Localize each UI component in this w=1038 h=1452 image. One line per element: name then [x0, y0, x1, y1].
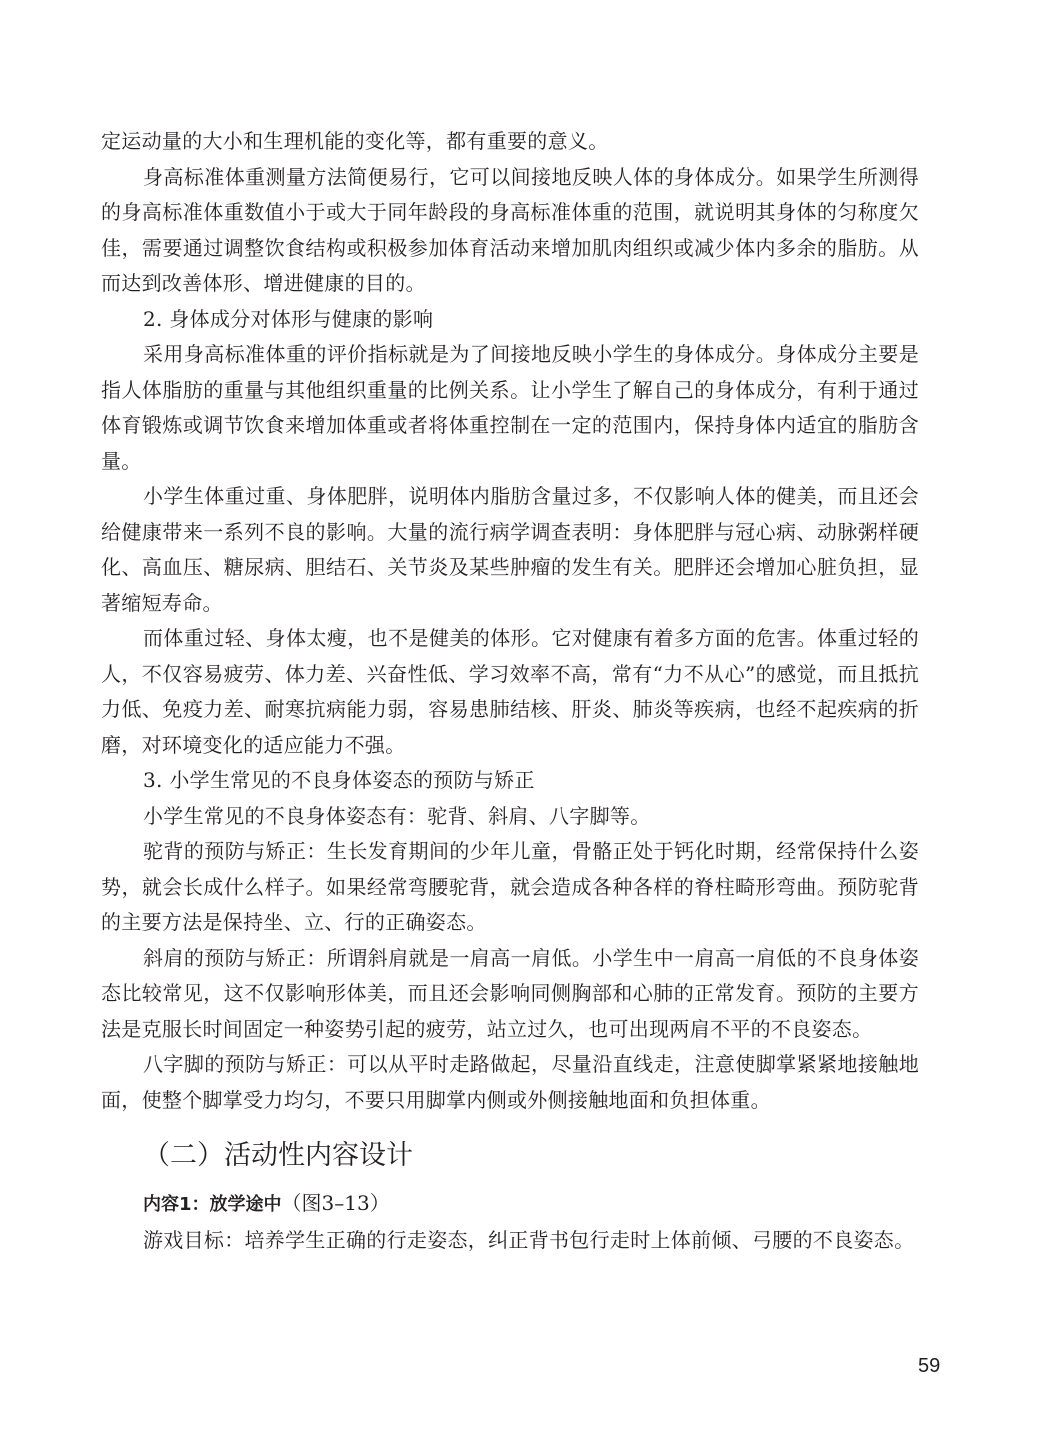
paragraph-height-weight-method: 身高标准体重测量方法简便易行，它可以间接地反映人体的身体成分。如果学生所测得的身…: [101, 160, 919, 302]
paragraph-hunchback: 驼背的预防与矫正：生长发育期间的少年儿童，骨骼正处于钙化时期，经常保持什么姿势，…: [101, 834, 919, 941]
content-heading: 内容1：放学途中（图3–13）: [101, 1186, 919, 1223]
content-label: 内容1：放学途中: [143, 1194, 282, 1215]
paragraph-slanted-shoulder: 斜肩的预防与矫正：所谓斜肩就是一肩高一肩低。小学生中一肩高一肩低的不良身体姿态比…: [101, 941, 919, 1048]
game-goal: 游戏目标：培养学生正确的行走姿态，纠正背书包行走时上体前倾、弓腰的不良姿态。: [101, 1223, 919, 1259]
paragraph-underweight: 而体重过轻、身体太瘦，也不是健美的体形。它对健康有着多方面的危害。体重过轻的人，…: [101, 621, 919, 763]
page-number: 59: [918, 1355, 940, 1378]
subheading-posture: 3. 小学生常见的不良身体姿态的预防与矫正: [101, 763, 919, 799]
paragraph-posture-types: 小学生常见的不良身体姿态有：驼背、斜肩、八字脚等。: [101, 799, 919, 835]
paragraph-body-composition: 采用身高标准体重的评价指标就是为了间接地反映小学生的身体成分。身体成分主要是指人…: [101, 337, 919, 479]
paragraph-continuation: 定运动量的大小和生理机能的变化等，都有重要的意义。: [101, 124, 919, 160]
paragraph-overweight: 小学生体重过重、身体肥胖，说明体内脂肪含量过多，不仅影响人体的健美，而且还会给健…: [101, 479, 919, 621]
page-body: 定运动量的大小和生理机能的变化等，都有重要的意义。 身高标准体重测量方法简便易行…: [101, 124, 919, 1258]
figure-reference: （图3–13）: [282, 1191, 390, 1215]
section-title: （二）活动性内容设计: [101, 1132, 919, 1180]
paragraph-splay-foot: 八字脚的预防与矫正：可以从平时走路做起，尽量沿直线走，注意使脚掌紧紧地接触地面，…: [101, 1047, 919, 1118]
subheading-body-composition: 2. 身体成分对体形与健康的影响: [101, 302, 919, 338]
